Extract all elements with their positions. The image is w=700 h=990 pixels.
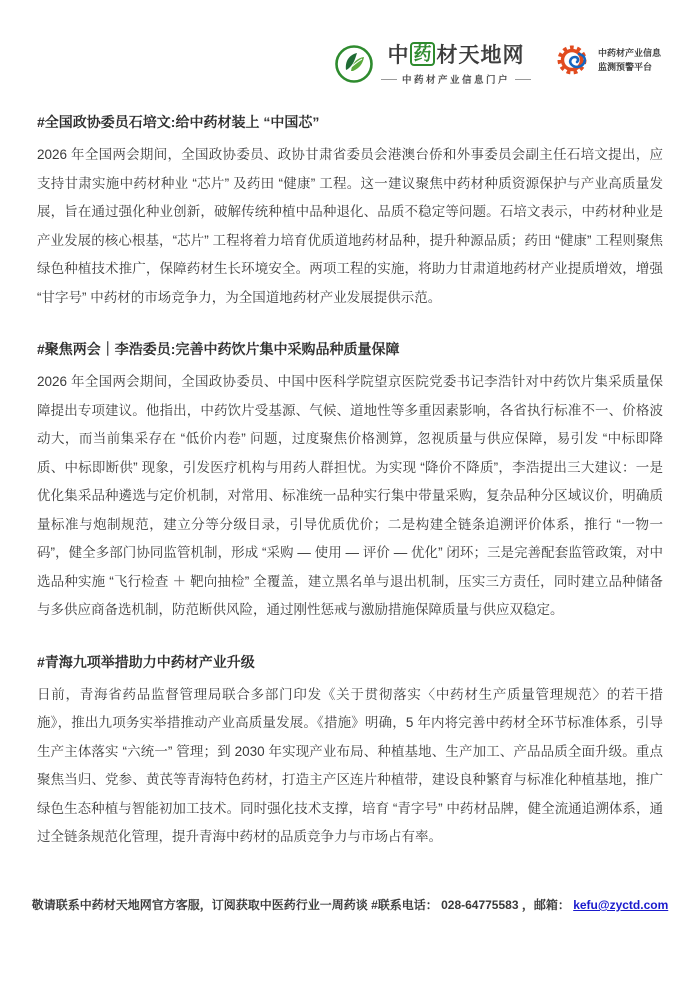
newsletter-page: 中药材天地网 中药材产业信息门户 中药材产业信息监测预警平台 #全国政协委员石培… <box>0 0 700 990</box>
section-heading: #聚焦两会｜李浩委员:完善中药饮片集中采购品种质量保障 <box>37 339 663 359</box>
leaf-logo-icon <box>334 44 374 84</box>
section-heading: #青海九项举措助力中药材产业升级 <box>37 652 663 672</box>
brand-text: 中药材天地网 中药材产业信息门户 <box>381 42 531 86</box>
section-body: 日前，青海省药品监督管理局联合多部门印发《关于贯彻落实〈中药材生产质量管理规范〉… <box>37 681 663 852</box>
section-shipeiwen: #全国政协委员石培文:给中药材装上 “中国芯” 2026 年全国两会期间，全国政… <box>37 112 663 312</box>
section-lihao: #聚焦两会｜李浩委员:完善中药饮片集中采购品种质量保障 2026 年全国两会期间… <box>37 339 663 625</box>
footer-phone: 028-64775583 <box>441 898 518 912</box>
brand-subtitle-label: 中药材产业信息门户 <box>402 72 510 86</box>
section-body: 2026 年全国两会期间，全国政协委员、政协甘肃省委员会港澳台侨和外事委员会副主… <box>37 141 663 312</box>
gear-logo-icon <box>555 42 591 78</box>
footer-separator: ，邮箱： <box>519 898 574 912</box>
section-qinghai: #青海九项举措助力中药材产业升级 日前，青海省药品监督管理局联合多部门印发《关于… <box>37 652 663 852</box>
brand-subtitle: 中药材产业信息门户 <box>381 72 531 86</box>
section-heading: #全国政协委员石培文:给中药材装上 “中国芯” <box>37 112 663 132</box>
footer-contact: 敬请联系中药材天地网官方客服，订阅获取中医药行业一周药谈 #联系电话： 028-… <box>0 897 700 913</box>
platform-label: 中药材产业信息监测预警平台 <box>598 46 666 74</box>
brand-boxed-char: 药 <box>410 42 435 66</box>
subtitle-dash-left <box>381 79 397 80</box>
zyctd-logo: 中药材天地网 中药材产业信息门户 <box>334 42 531 86</box>
header: 中药材天地网 中药材产业信息门户 中药材产业信息监测预警平台 <box>0 0 700 86</box>
brand-name: 中药材天地网 <box>387 42 524 68</box>
footer-text: 敬请联系中药材天地网官方客服，订阅获取中医药行业一周药谈 #联系电话： <box>32 898 441 912</box>
email-link[interactable]: kefu@zyctd.com <box>573 898 668 912</box>
subtitle-dash-right <box>515 79 531 80</box>
section-body: 2026 年全国两会期间，全国政协委员、中国中医科学院望京医院党委书记李浩针对中… <box>37 368 663 625</box>
monitor-platform-logo: 中药材产业信息监测预警平台 <box>555 42 666 78</box>
article-content: #全国政协委员石培文:给中药材装上 “中国芯” 2026 年全国两会期间，全国政… <box>0 112 700 852</box>
